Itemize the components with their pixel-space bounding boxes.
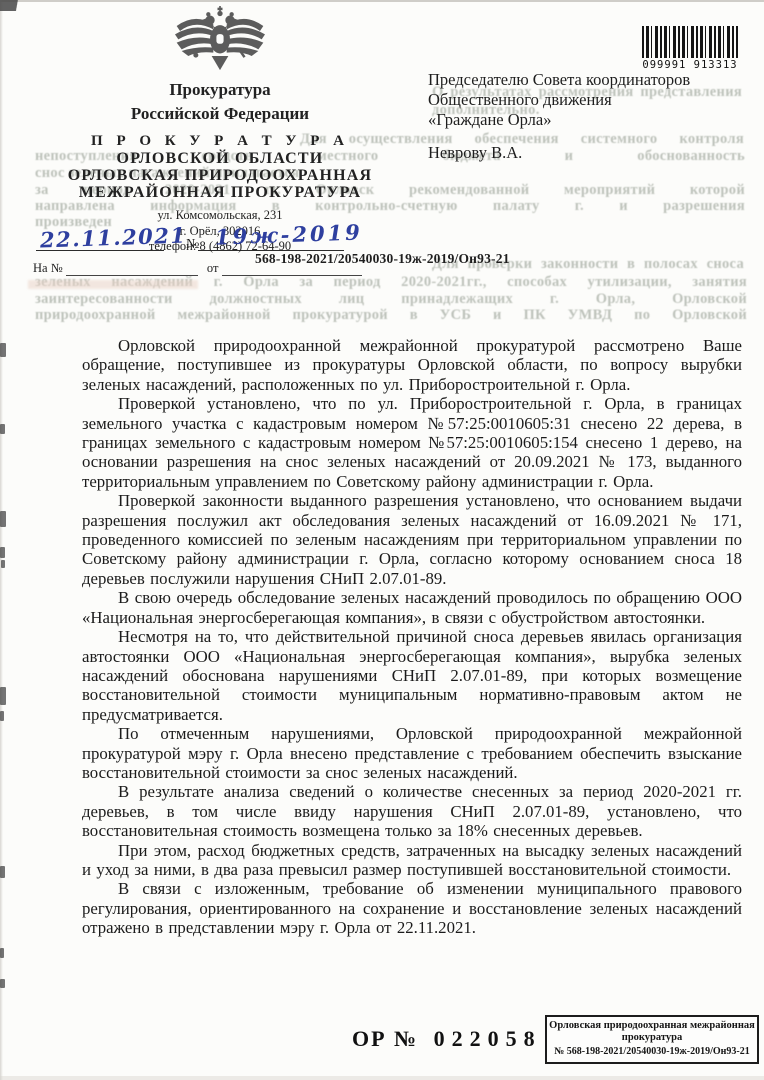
scan-smear xyxy=(28,280,198,289)
incoming-reference-line: На № от xyxy=(33,261,362,276)
scan-edge-artifact xyxy=(0,547,5,558)
scan-edge-artifact xyxy=(0,511,6,527)
body-paragraph: В связи с изложенным, требование об изме… xyxy=(82,879,742,937)
addressee-line1: Председателю Совета координаторов xyxy=(428,70,748,90)
number-sign: № xyxy=(186,237,199,253)
na-label: На № xyxy=(33,261,63,275)
body-paragraph: По отмеченным нарушениями, Орловской при… xyxy=(82,724,742,782)
body-paragraph: В свою очередь обследование зеленых наса… xyxy=(82,588,742,627)
bleedthrough-text: заинтересованности должностных лиц прина… xyxy=(35,291,747,307)
addressee-name: Неврову В.А. xyxy=(428,143,748,163)
org-caps-line1: П Р О К У Р А Т У Р А xyxy=(35,133,405,150)
incoming-date-blank xyxy=(222,264,362,276)
body-paragraph: Несмотря на то, что действительной причи… xyxy=(82,627,742,724)
scanned-letter-page: О результатах рассмотрения представления… xyxy=(0,0,764,1080)
letterhead: Прокуратура Российской Федерации П Р О К… xyxy=(35,6,405,253)
stamp-number: № 568-198-2021/20540030-19ж-2019/Он93-21 xyxy=(549,1046,755,1058)
scan-edge-artifact xyxy=(0,687,6,705)
blank-series-digits: 022058 xyxy=(434,1026,542,1051)
scan-edge-artifact xyxy=(0,343,6,357)
org-name-line2: Российской Федерации xyxy=(35,105,405,124)
body-paragraph: Проверкой установлено, что по ул. Прибор… xyxy=(82,394,742,491)
addressee-line2: Общественного движения xyxy=(428,90,748,110)
org-caps-line2: ОРЛОВСКОЙ ОБЛАСТИ xyxy=(35,150,405,167)
incoming-number-blank xyxy=(66,264,198,276)
org-name-line1: Прокуратура xyxy=(35,81,405,100)
barcode: 099991 913313 xyxy=(642,26,738,71)
scan-edge-artifact xyxy=(0,866,5,878)
russia-coat-of-arms-icon xyxy=(169,6,271,76)
addressee-line3: «Граждане Орла» xyxy=(428,110,748,130)
blank-series-number: ОР № 022058 xyxy=(352,1026,542,1052)
bleedthrough-text: природоохранной межрайонной прокуратурой… xyxy=(35,307,747,323)
ot-label: от xyxy=(207,261,219,275)
body-paragraph: В результате анализа сведений о количест… xyxy=(82,782,742,840)
scan-corner-artifact xyxy=(0,0,30,11)
scan-bottom-shadow xyxy=(0,1076,764,1080)
handwritten-number: 19ж-2019 xyxy=(215,219,364,249)
scan-edge-artifact xyxy=(1,560,5,568)
scan-edge-artifact xyxy=(0,424,5,434)
body-paragraph: Орловской природоохранной межрайонной пр… xyxy=(82,336,742,394)
addressee-block: Председателю Совета координаторов Общест… xyxy=(428,70,748,163)
scan-edge-artifact xyxy=(0,979,5,988)
stamp-org-line1: Орловская природоохранная межрайонная xyxy=(549,1020,755,1032)
registration-stamp: Орловская природоохранная межрайонная пр… xyxy=(545,1015,759,1064)
stamp-org-line2: прокуратура xyxy=(549,1032,755,1044)
scan-edge-artifact xyxy=(0,711,4,721)
org-caps-line4: МЕЖРАЙОННАЯ ПРОКУРАТУРА xyxy=(35,184,405,201)
scan-edge-artifact xyxy=(0,948,4,958)
body-paragraph: Проверкой законности выданного разрешени… xyxy=(82,491,742,588)
letter-body: Орловской природоохранной межрайонной пр… xyxy=(82,336,742,938)
blank-series-prefix: ОР № xyxy=(352,1026,418,1051)
handwritten-date: 22.11.2021 xyxy=(40,222,187,252)
org-caps-line3: ОРЛОВСКАЯ ПРИРОДООХРАННАЯ xyxy=(35,167,405,184)
body-paragraph: При этом, расход бюджетных средств, затр… xyxy=(82,841,742,880)
barcode-bars-icon xyxy=(642,26,738,58)
